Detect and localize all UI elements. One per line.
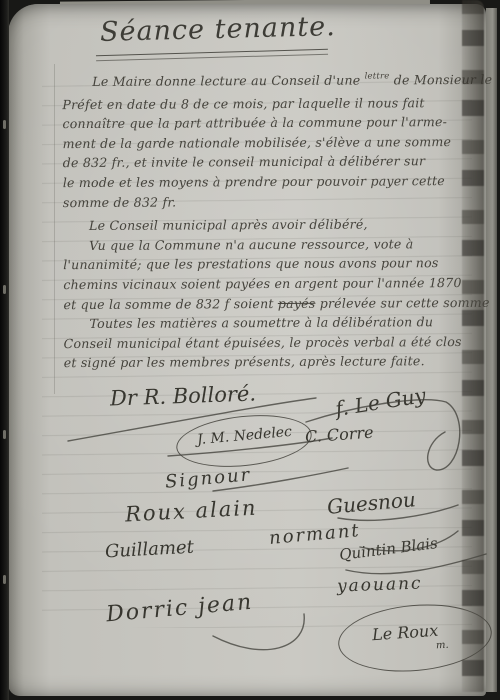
signature-le-guy: f. Le Guy [334,383,428,421]
scanned-register-photo: Séance tenante. Le Maire donne lecture a… [0,0,500,700]
manuscript-line: ment de la garde nationale mobilisée, s'… [63,132,487,154]
struck-word: payés [278,295,316,310]
signature-dorric-jean: Dorric jean [105,590,254,628]
signature-yaouanc: yaouanc [337,574,423,597]
signature-guillamet: Guillamet [105,537,195,563]
manuscript-page: Séance tenante. Le Maire donne lecture a… [8,4,486,696]
page-edge-stain [462,0,484,692]
manuscript-line: Toutes les matières a soumettre à la dél… [63,312,487,334]
spine-stitch [3,430,6,439]
manuscript-line: Conseil municipal étant épuisées, le pro… [64,332,488,354]
book-spine [0,0,9,700]
signature-leroux-note: m. [436,640,449,652]
manuscript-line: l'unanimité; que les prestations que nou… [63,253,487,275]
manuscript-line: de 832 fr., et invite le conseil municip… [63,151,487,173]
manuscript-body: Le Maire donne lecture au Conseil d'une … [62,70,488,373]
spine-stitch [3,575,6,584]
manuscript-line: et signé par les membres présents, après… [64,351,488,373]
manuscript-line: connaître que la part attribuée à la com… [62,112,486,134]
signature-guesnou: Guesnou [326,487,417,519]
superscript-insertion: lettre [365,71,390,81]
page-title: Séance tenante. [100,11,336,48]
manuscript-line: chemins vicinaux soient payées en argent… [63,273,487,295]
manuscript-line: Préfet en date du 8 de ce mois, par laqu… [62,92,486,114]
manuscript-line: le mode et les moyens à prendre pour pou… [63,171,487,193]
margin-rule-line [54,64,55,394]
signature-corre: C. Corre [304,423,374,447]
signature-roux-alain: Roux alain [124,496,258,527]
signature-signour: Signour [164,464,252,492]
manuscript-line: Vu que la Commune n'a aucune ressource, … [63,234,487,256]
signature-bollore: Dr R. Bolloré. [110,381,257,410]
manuscript-line: et que la somme de 832 f soient payés pr… [63,292,487,314]
manuscript-line: somme de 832 fr. [63,190,487,212]
spine-stitch [3,285,6,294]
spine-stitch [3,120,6,129]
title-underline [96,49,328,61]
manuscript-line: Le Maire donne lecture au Conseil d'une … [62,70,486,95]
manuscript-line: Le Conseil municipal après avoir délibér… [63,214,487,236]
